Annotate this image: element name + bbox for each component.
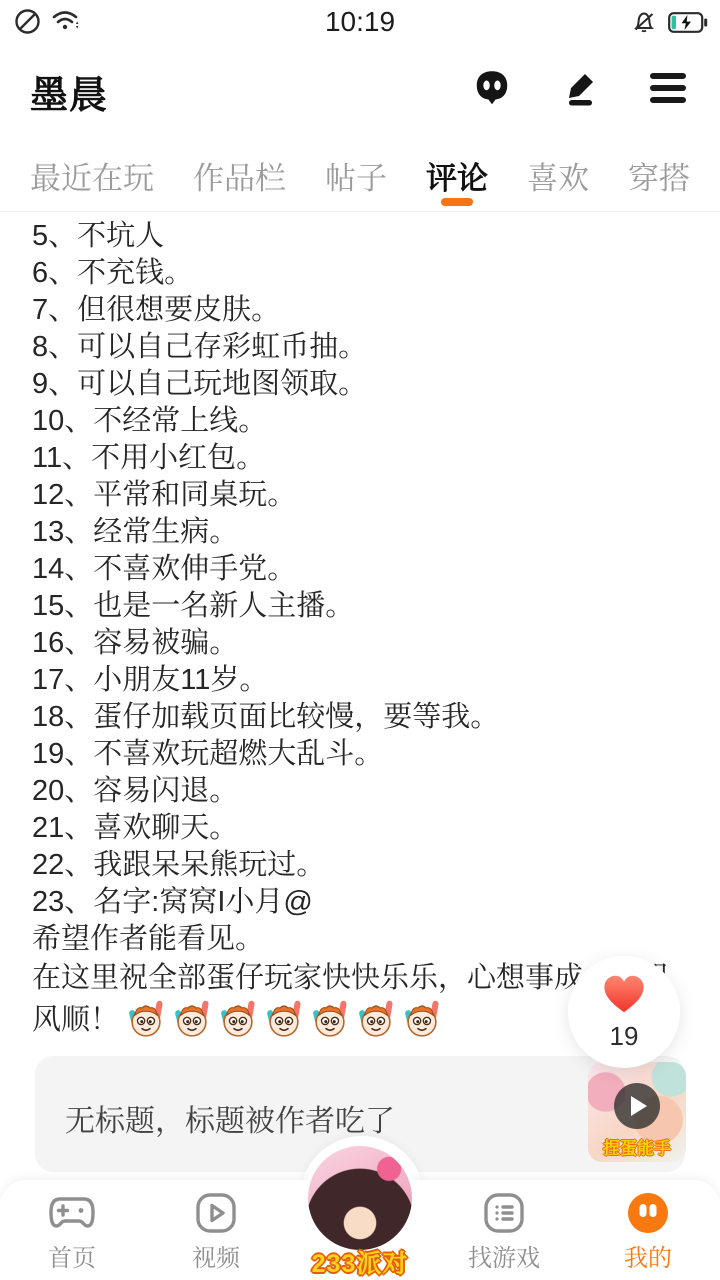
nav-label: 我的 — [624, 1238, 672, 1273]
post-title: 无标题，标题被作者吃了 — [65, 1096, 395, 1140]
tab-posts[interactable]: 帖子 — [325, 140, 387, 212]
video-icon — [194, 1190, 238, 1236]
active-tab-underline — [441, 198, 473, 206]
cheer-sticker-icon — [358, 998, 394, 1038]
profile-face-icon — [626, 1190, 670, 1236]
comment-line: 23、名字:窝窝I小月@ — [32, 884, 688, 921]
bell-muted-icon — [630, 8, 658, 41]
heart-icon — [601, 973, 647, 1020]
comment-line: 10、不经常上线。 — [32, 403, 688, 440]
thumbnail-caption: 捏蛋能手 — [588, 1134, 686, 1159]
comment-line: 19、不喜欢玩超燃大乱斗。 — [32, 736, 688, 773]
comment-line: 9、可以自己玩地图领取。 — [32, 366, 688, 403]
nav-label-233: 233派对 — [312, 1244, 409, 1280]
cheer-sticker-icon — [404, 998, 440, 1038]
home-gamepad-icon — [48, 1190, 96, 1236]
comment-content: 5、不坑人 6、不充钱。 7、但很想要皮肤。 8、可以自己存彩虹币抽。 9、可以… — [0, 214, 720, 1040]
clock-time: 10:19 — [0, 6, 720, 38]
find-games-icon — [482, 1190, 526, 1236]
bottom-nav: 首页 视频 233派对 — [0, 1180, 720, 1280]
nav-item-video[interactable]: 视频 — [144, 1180, 288, 1280]
menu-icon[interactable] — [646, 66, 690, 110]
nav-item-profile[interactable]: 我的 — [576, 1180, 720, 1280]
play-icon — [614, 1083, 660, 1129]
status-bar: 10:19 — [0, 0, 720, 44]
comment-line: 17、小朋友11岁。 — [32, 662, 688, 699]
comment-line: 14、不喜欢伸手党。 — [32, 551, 688, 588]
comment-line: 18、蛋仔加载页面比较慢，要等我。 — [32, 699, 688, 736]
page-title: 墨晨 — [30, 64, 108, 119]
comment-line: 12、平常和同桌玩。 — [32, 477, 688, 514]
comment-line: 5、不坑人 — [32, 218, 688, 255]
tab-works[interactable]: 作品栏 — [193, 140, 286, 212]
video-thumbnail[interactable]: 捏蛋能手 — [588, 1062, 686, 1162]
comment-line: 7、但很想要皮肤。 — [32, 292, 688, 329]
profile-comments-screen: 10:19 墨晨 — [0, 0, 720, 1280]
nav-item-233-party[interactable]: 233派对 — [288, 1146, 432, 1280]
nav-label: 首页 — [48, 1238, 96, 1273]
tab-recently-playing[interactable]: 最近在玩 — [30, 140, 154, 212]
cheer-sticker-icon — [266, 998, 302, 1038]
cheer-sticker-icon — [174, 998, 210, 1038]
edit-icon[interactable] — [558, 66, 602, 110]
cheer-sticker-icon — [312, 998, 348, 1038]
comment-line: 8、可以自己存彩虹币抽。 — [32, 329, 688, 366]
like-count: 19 — [610, 1021, 639, 1052]
header: 墨晨 — [0, 44, 720, 140]
cheer-sticker-icon — [128, 998, 164, 1038]
tab-outfits[interactable]: 穿搭 — [628, 140, 690, 212]
comment-line: 22、我跟呆呆熊玩过。 — [32, 847, 688, 884]
avatar-233 — [308, 1146, 412, 1250]
comment-line: 13、经常生病。 — [32, 514, 688, 551]
comment-line: 6、不充钱。 — [32, 255, 688, 292]
nav-label: 视频 — [192, 1238, 240, 1273]
nav-label: 找游戏 — [468, 1238, 540, 1273]
comment-line: 16、容易被骗。 — [32, 625, 688, 662]
chat-icon[interactable] — [470, 66, 514, 110]
comment-line: 希望作者能看见。 — [32, 921, 688, 958]
tab-bar: 最近在玩 作品栏 帖子 评论 喜欢 穿搭 — [0, 140, 720, 212]
like-button[interactable]: 19 — [568, 956, 680, 1068]
comment-line: 15、也是一名新人主播。 — [32, 588, 688, 625]
tab-likes[interactable]: 喜欢 — [527, 140, 589, 212]
nav-item-find-games[interactable]: 找游戏 — [432, 1180, 576, 1280]
cheer-sticker-icon — [220, 998, 256, 1038]
comment-line: 20、容易闪退。 — [32, 773, 688, 810]
nav-item-home[interactable]: 首页 — [0, 1180, 144, 1280]
tab-comments[interactable]: 评论 — [426, 140, 488, 212]
battery-charging-icon — [668, 12, 708, 38]
comment-line: 21、喜欢聊天。 — [32, 810, 688, 847]
comment-line: 11、不用小红包。 — [32, 440, 688, 477]
